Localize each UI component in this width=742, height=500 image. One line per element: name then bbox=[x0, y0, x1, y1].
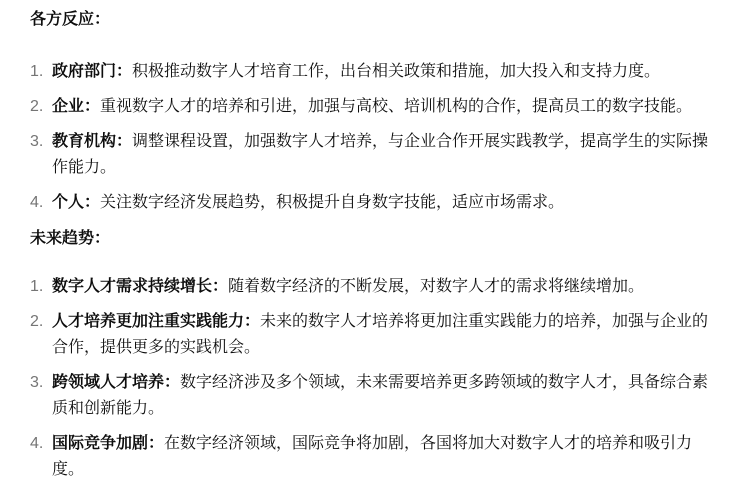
list-item-number: 2. bbox=[30, 309, 52, 335]
list-item: 2. 人才培养更加注重实践能力：未来的数字人才培养将更加注重实践能力的培养，加强… bbox=[30, 309, 720, 361]
list-item-body: 个人：关注数字经济发展趋势，积极提升自身数字技能，适应市场需求。 bbox=[52, 190, 720, 216]
list-item: 1. 数字人才需求持续增长：随着数字经济的不断发展，对数字人才的需求将继续增加。 bbox=[30, 274, 720, 300]
list-item-text: 积极推动数字人才培育工作，出台相关政策和措施，加大投入和支持力度。 bbox=[132, 63, 660, 80]
list-item-term: 国际竞争加剧： bbox=[52, 435, 164, 452]
reactions-list: 1. 政府部门：积极推动数字人才培育工作，出台相关政策和措施，加大投入和支持力度… bbox=[30, 59, 720, 216]
list-item-term: 政府部门： bbox=[52, 63, 132, 80]
list-item-number: 1. bbox=[30, 274, 52, 300]
list-item-text: 调整课程设置，加强数字人才培养，与企业合作开展实践教学，提高学生的实际操作能力。 bbox=[52, 133, 708, 176]
list-item: 3. 教育机构：调整课程设置，加强数字人才培养，与企业合作开展实践教学，提高学生… bbox=[30, 129, 720, 181]
list-item-term: 个人： bbox=[52, 194, 100, 211]
list-item: 1. 政府部门：积极推动数字人才培育工作，出台相关政策和措施，加大投入和支持力度… bbox=[30, 59, 720, 85]
list-item-number: 1. bbox=[30, 59, 52, 85]
list-item-term: 跨领域人才培养： bbox=[52, 374, 180, 391]
list-item-number: 2. bbox=[30, 94, 52, 120]
list-item-body: 教育机构：调整课程设置，加强数字人才培养，与企业合作开展实践教学，提高学生的实际… bbox=[52, 129, 720, 181]
list-item: 4. 个人：关注数字经济发展趋势，积极提升自身数字技能，适应市场需求。 bbox=[30, 190, 720, 216]
trends-list: 1. 数字人才需求持续增长：随着数字经济的不断发展，对数字人才的需求将继续增加。… bbox=[30, 274, 720, 483]
list-item-text: 关注数字经济发展趋势，积极提升自身数字技能，适应市场需求。 bbox=[100, 194, 564, 211]
section-heading-trends: 未来趋势： bbox=[30, 226, 720, 252]
list-item: 4. 国际竞争加剧：在数字经济领域，国际竞争将加剧，各国将加大对数字人才的培养和… bbox=[30, 431, 720, 483]
list-item-text: 重视数字人才的培养和引进，加强与高校、培训机构的合作，提高员工的数字技能。 bbox=[100, 98, 692, 115]
list-item-body: 政府部门：积极推动数字人才培育工作，出台相关政策和措施，加大投入和支持力度。 bbox=[52, 59, 720, 85]
document-body: 各方反应： 1. 政府部门：积极推动数字人才培育工作，出台相关政策和措施，加大投… bbox=[0, 0, 742, 483]
list-item-body: 数字人才需求持续增长：随着数字经济的不断发展，对数字人才的需求将继续增加。 bbox=[52, 274, 720, 300]
list-item: 3. 跨领域人才培养：数字经济涉及多个领域，未来需要培养更多跨领域的数字人才，具… bbox=[30, 370, 720, 422]
list-item-term: 人才培养更加注重实践能力： bbox=[52, 313, 260, 330]
list-item-term: 企业： bbox=[52, 98, 100, 115]
list-item-term: 数字人才需求持续增长： bbox=[52, 278, 228, 295]
list-item-number: 3. bbox=[30, 370, 52, 396]
list-item-body: 国际竞争加剧：在数字经济领域，国际竞争将加剧，各国将加大对数字人才的培养和吸引力… bbox=[52, 431, 720, 483]
list-item-body: 跨领域人才培养：数字经济涉及多个领域，未来需要培养更多跨领域的数字人才，具备综合… bbox=[52, 370, 720, 422]
list-item-number: 3. bbox=[30, 129, 52, 155]
list-item: 2. 企业：重视数字人才的培养和引进，加强与高校、培训机构的合作，提高员工的数字… bbox=[30, 94, 720, 120]
list-item-number: 4. bbox=[30, 431, 52, 457]
list-item-body: 人才培养更加注重实践能力：未来的数字人才培养将更加注重实践能力的培养，加强与企业… bbox=[52, 309, 720, 361]
list-item-term: 教育机构： bbox=[52, 133, 132, 150]
list-item-number: 4. bbox=[30, 190, 52, 216]
list-item-text: 随着数字经济的不断发展，对数字人才的需求将继续增加。 bbox=[228, 278, 644, 295]
list-item-body: 企业：重视数字人才的培养和引进，加强与高校、培训机构的合作，提高员工的数字技能。 bbox=[52, 94, 720, 120]
section-heading-reactions: 各方反应： bbox=[30, 7, 720, 33]
